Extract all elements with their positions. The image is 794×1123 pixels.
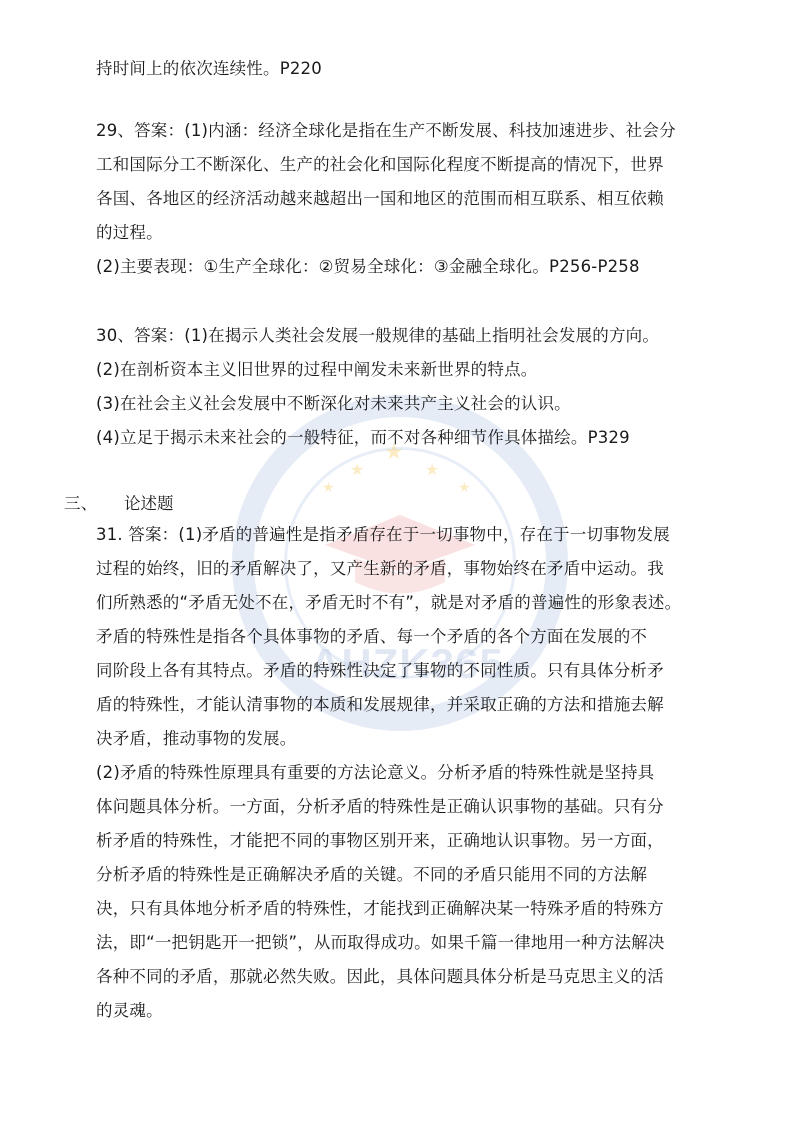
star-icon: ★	[350, 460, 364, 479]
q31-line: 决矛盾，推动事物的发展。	[96, 729, 296, 749]
q28-tail-text: 持时间上的依次连续性。P220	[96, 59, 322, 79]
q31-line: (2)矛盾的特殊性原理具有重要的方法论意义。分析矛盾的特殊性就是坚持具	[96, 763, 654, 783]
q31-line: 法，即“一把钥匙开一把锁”，从而取得成功。如果千篇一律地用一种方法解决	[96, 933, 665, 953]
q31-line: 的灵魂。	[96, 1001, 163, 1021]
star-icon: ★	[425, 460, 439, 479]
q29-line: 29、答案：(1)内涵：经济全球化是指在生产不断发展、科技加速进步、社会分	[96, 121, 676, 141]
graduation-cap-icon	[320, 510, 480, 600]
q31-line: 体问题具体分析。一方面，分析矛盾的特殊性是正确认识事物的基础。只有分	[96, 797, 664, 817]
q31-line: 析矛盾的特殊性，才能把不同的事物区别开来，正确地认识事物。另一方面，	[96, 831, 664, 851]
q31-line: 矛盾的特殊性是指各个具体事物的矛盾、每一个矛盾的各个方面在发展的不	[96, 627, 647, 647]
star-icon: ★	[322, 480, 335, 496]
section-number: 三、	[64, 494, 97, 514]
q31-line: 盾的特殊性，才能认清事物的本质和发展规律，并采取正确的方法和措施去解	[96, 695, 664, 715]
q29-line: 工和国际分工不断深化、生产的社会化和国际化程度不断提高的情况下，世界	[96, 155, 664, 175]
q31-line: 31. 答案：(1)矛盾的普遍性是指矛盾存在于一切事物中，存在于一切事物发展	[96, 525, 670, 545]
q31-line: 分析矛盾的特殊性是正确解决矛盾的关键。不同的矛盾只能用不同的方法解	[96, 865, 647, 885]
q30-line: (3)在社会主义社会发展中不断深化对未来共产主义社会的认识。	[96, 394, 571, 414]
q31-line: 们所熟悉的“矛盾无处不在，矛盾无时不有”，就是对矛盾的普遍性的形象表述。	[96, 593, 681, 613]
q30-line: 30、答案：(1)在揭示人类社会发展一般规律的基础上指明社会发展的方向。	[96, 326, 659, 346]
q30-line: (4)立足于揭示未来社会的一般特征，而不对各种细节作具体描绘。P329	[96, 428, 630, 448]
q29-line: 的过程。	[96, 223, 163, 243]
q29-line: (2)主要表现：①生产全球化：②贸易全球化：③金融全球化。P256-P258	[96, 257, 640, 277]
star-icon: ★	[458, 480, 471, 496]
q31-line: 同阶段上各有其特点。矛盾的特殊性决定了事物的不同性质。只有具体分析矛	[96, 661, 664, 681]
section-title: 论述题	[124, 494, 174, 514]
q31-line: 各种不同的矛盾，那就必然失败。因此，具体问题具体分析是马克思主义的活	[96, 967, 664, 987]
q30-line: (2)在剖析资本主义旧世界的过程中阐发未来新世界的特点。	[96, 360, 537, 380]
q31-line: 过程的始终，旧的矛盾解决了，又产生新的矛盾，事物始终在矛盾中运动。我	[96, 559, 664, 579]
q31-line: 决，只有具体地分析矛盾的特殊性，才能找到正确解决某一特殊矛盾的特殊方	[96, 899, 664, 919]
q29-line: 各国、各地区的经济活动越来越超出一国和地区的范围而相互联系、相互依赖	[96, 189, 664, 209]
